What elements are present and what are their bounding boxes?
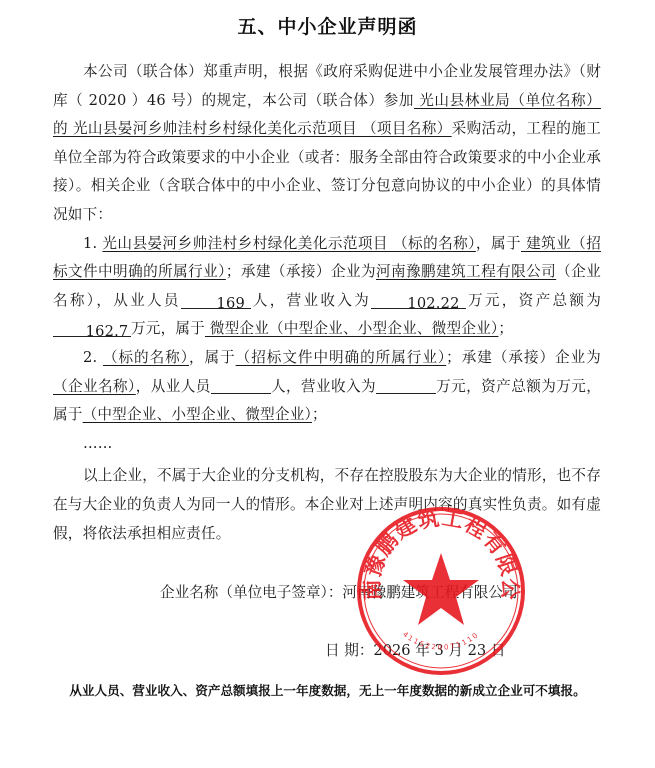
- item-text: 万元，属于: [131, 320, 205, 337]
- company-name: （企业名称）: [53, 378, 136, 395]
- declaration-body: 本公司（联合体）郑重声明，根据《政府采购促进中小企业发展管理办法》（财库（ 20…: [53, 58, 601, 548]
- intro-paragraph: 本公司（联合体）郑重声明，根据《政府采购促进中小企业发展管理办法》（财库（ 20…: [53, 58, 601, 230]
- signature-label: 企业名称（单位电子签章）：: [160, 584, 342, 601]
- item-text: ；承建（承接）企业为: [446, 349, 601, 366]
- page-title: 五、中小企业声明函: [0, 12, 655, 39]
- signature-line: 企业名称（单位电子签章）：河南豫鹏建筑工程有限公司: [160, 581, 518, 602]
- purchaser-name: 光山县林业局（单位名称）: [414, 92, 601, 109]
- project-name: 光山县晏河乡帅洼村乡村绿化美化示范项目 （项目名称）: [68, 120, 452, 137]
- item-number: 1.: [83, 235, 102, 252]
- item-text: ；承建（承接）企业为: [226, 263, 376, 280]
- revenue-blank: [376, 375, 436, 394]
- employees-blank: [211, 375, 271, 394]
- date-year: 2026: [373, 642, 410, 659]
- item-text: ，从业人员: [136, 378, 211, 395]
- item-text: ，属于: [189, 349, 236, 366]
- subject-name: （标的名称）: [103, 349, 189, 366]
- company-name: 河南豫鹏建筑工程有限公司: [376, 263, 556, 280]
- closing-paragraph: 以上企业，不属于大企业的分支机构，不存在控股股东为大企业的情形，也不存在与大企业…: [53, 462, 601, 548]
- date-day: 23: [468, 642, 487, 659]
- enterprise-size: 微型企业（中型企业、小型企业、微型企业）: [205, 320, 498, 337]
- revenue-value: 102.22: [371, 290, 466, 309]
- item-text: 万元，资产总额为: [466, 292, 601, 309]
- date-unit: 月: [444, 642, 468, 659]
- item-text: 人，营业收入为: [271, 378, 376, 395]
- date-unit: 日: [486, 642, 505, 659]
- subject-name: 光山县晏河乡帅洼村乡村绿化美化示范项目 （标的名称）: [102, 235, 476, 252]
- item-number: 2.: [83, 349, 103, 366]
- assets-value: 162.7: [53, 318, 131, 337]
- employees-value: 169: [181, 290, 251, 309]
- ellipsis: ……: [53, 430, 601, 459]
- item-text: ，属于: [476, 235, 521, 252]
- industry-name: （招标文件中明确的所属行业）: [236, 349, 447, 366]
- signature-company: 河南豫鹏建筑工程有限公司: [342, 584, 517, 601]
- intro-connector: 的: [53, 120, 68, 137]
- date-line: 日 期：2026 年 3 月 23 日: [325, 639, 505, 660]
- date-month: 3: [434, 642, 443, 659]
- item-text: 人，营业收入为: [251, 292, 371, 309]
- date-unit: 年: [411, 642, 435, 659]
- footnote: 从业人员、营业收入、资产总额填报上一年度数据，无上一年度数据的新成立企业可不填报…: [30, 680, 625, 701]
- enterprise-item-2: 2. （标的名称），属于（招标文件中明确的所属行业）；承建（承接）企业为（企业名…: [53, 344, 601, 430]
- document-page: 五、中小企业声明函 本公司（联合体）郑重声明，根据《政府采购促进中小企业发展管理…: [0, 0, 655, 768]
- item-text: ；: [312, 406, 327, 423]
- enterprise-size: （中型企业、小型企业、微型企业）: [83, 406, 312, 423]
- date-label: 日 期：: [325, 642, 373, 659]
- item-text: ；: [498, 320, 513, 337]
- enterprise-item-1: 1. 光山县晏河乡帅洼村乡村绿化美化示范项目 （标的名称），属于 建筑业（招标文…: [53, 230, 601, 344]
